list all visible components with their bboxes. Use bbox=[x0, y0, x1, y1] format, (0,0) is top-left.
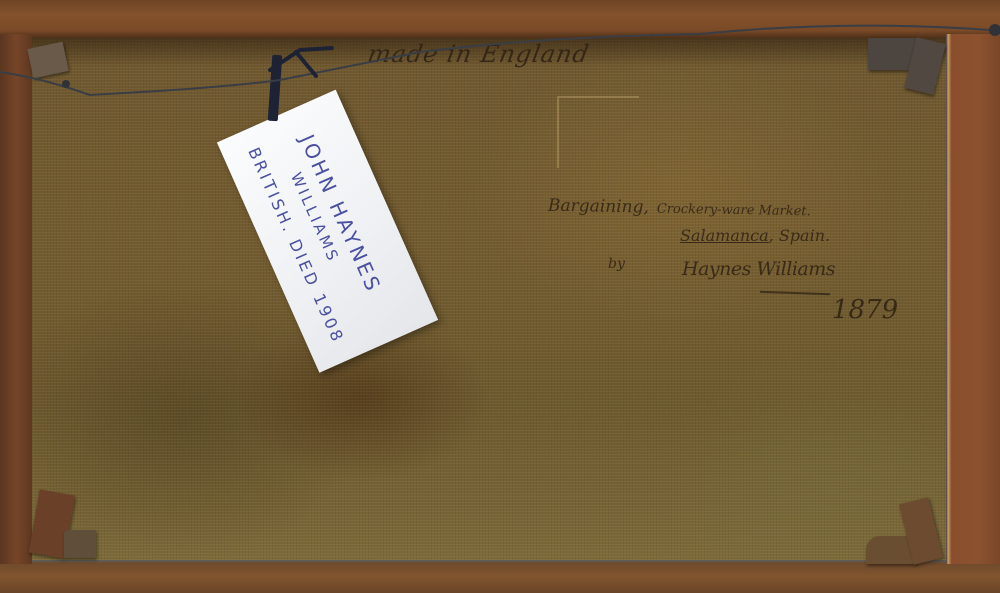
inscription-market: Crockery-ware Market. bbox=[657, 202, 811, 220]
stretcher-bar-left bbox=[0, 34, 32, 564]
stretcher-bar-top bbox=[0, 0, 1000, 38]
canvas-patch-outline bbox=[557, 96, 639, 168]
stretcher-bar-bottom bbox=[0, 560, 1000, 593]
inscription-city: Salamanca bbox=[680, 226, 769, 245]
inscription-by: by bbox=[608, 256, 625, 272]
inscription-location: Salamanca, Spain. bbox=[680, 226, 830, 245]
corner-key-bottom-left-b bbox=[64, 530, 96, 558]
canvas-back bbox=[32, 38, 946, 560]
inscription-title-text: Bargaining, bbox=[548, 196, 649, 218]
stretcher-bar-right bbox=[946, 34, 1000, 564]
stencil-made-in-england: made in England bbox=[366, 40, 592, 68]
inscription-country: , Spain. bbox=[769, 226, 830, 245]
inscription-year: 1879 bbox=[832, 295, 898, 325]
painting-verso: made in England Bargaining,Crockery-ware… bbox=[0, 0, 1000, 593]
inscription-artist-signature: Haynes Williams bbox=[682, 258, 835, 280]
